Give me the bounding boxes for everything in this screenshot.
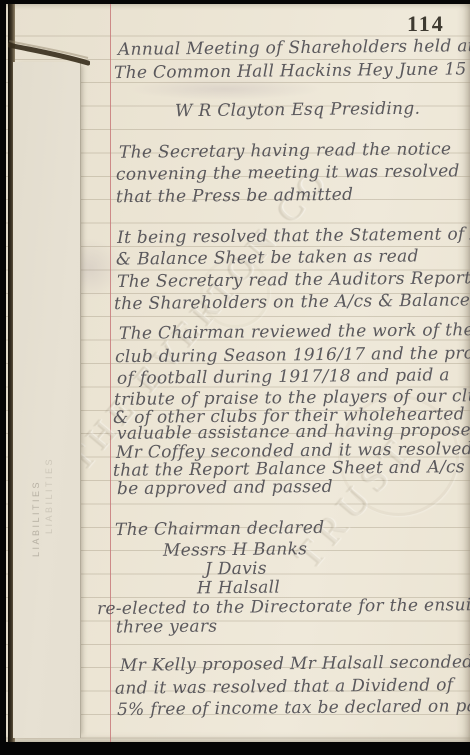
- heading-line-2: The Common Hall Hackins Hey June 15 1917: [114, 59, 470, 83]
- manuscript-line: club during Season 1916/17 and the prosp…: [115, 343, 470, 367]
- manuscript-line: the Shareholders on the A/cs & Balance S…: [114, 290, 470, 314]
- director-name-davis: J Davis: [205, 559, 267, 580]
- manuscript-line: Mr Kelly proposed Mr Halsall seconded: [120, 652, 470, 676]
- inserted-sheet-label-ghost: LIABILITIES: [44, 414, 54, 534]
- inserted-sheet: LIABILITIES LIABILITIES: [13, 62, 81, 738]
- red-margin-line: [110, 4, 111, 742]
- manuscript-line: convening the meeting it was resolved: [116, 161, 460, 185]
- page-number: 114: [407, 11, 445, 37]
- manuscript-line: of football during 1917/18 and paid a: [117, 365, 450, 388]
- manuscript-line: and it was resolved that a Dividend of: [115, 675, 453, 699]
- director-name-banks: Messrs H Banks: [163, 539, 307, 561]
- manuscript-line: The Secretary having read the notice: [119, 139, 452, 162]
- manuscript-line: re-elected to the Directorate for the en…: [97, 595, 470, 619]
- manuscript-line: three years: [116, 616, 218, 637]
- manuscript-line: be approved and passed: [117, 477, 333, 499]
- heading-line-1: Annual Meeting of Shareholders held at: [118, 36, 470, 60]
- manuscript-line: It being resolved that the Statement of …: [117, 224, 470, 248]
- manuscript-line: & Balance Sheet be taken as read: [116, 246, 419, 269]
- page-curl-shadow: [8, 36, 90, 68]
- director-name-halsall: H Halsall: [197, 578, 280, 599]
- manuscript-line: that the Press be admitted: [116, 185, 353, 207]
- inserted-sheet-label: LIABILITIES: [31, 427, 41, 557]
- presiding-line: W R Clayton Esq Presiding.: [175, 99, 420, 122]
- scanned-minute-book-photo: { "scan": { "page_number": "114" }, "ins…: [0, 0, 470, 755]
- manuscript-line: The Chairman reviewed the work of the: [119, 320, 470, 344]
- manuscript-line: The Secretary read the Auditors Report t…: [117, 268, 470, 292]
- manuscript-line: The Chairman declared: [115, 518, 325, 540]
- manuscript-line: 5% free of income tax be declared on pai…: [117, 696, 470, 720]
